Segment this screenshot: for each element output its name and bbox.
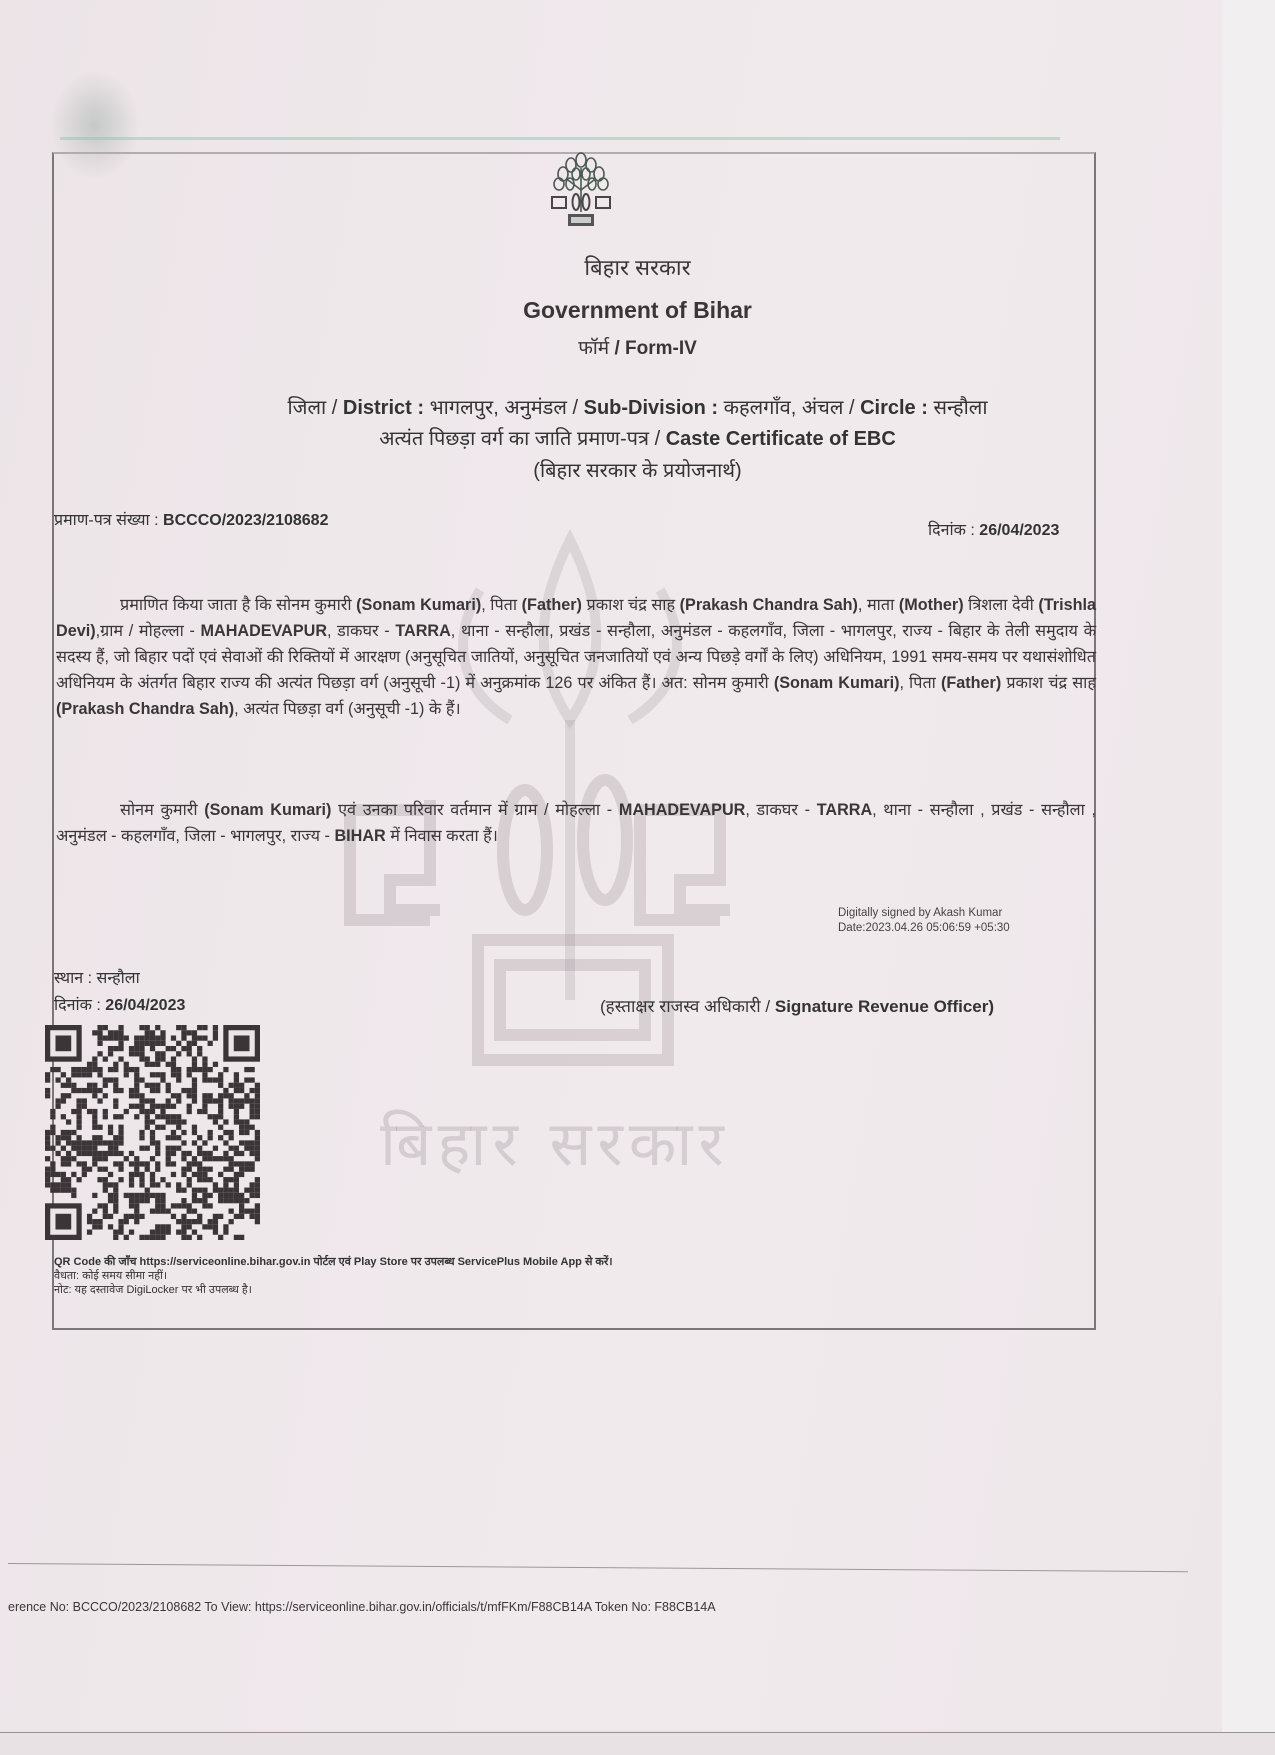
signature-officer-label: (हस्ताक्षर राजस्व अधिकारी / Signature Re… xyxy=(600,994,994,1017)
residence-paragraph: सोनम कुमारी (Sonam Kumari) एवं उनका परिव… xyxy=(56,797,1096,849)
state-name-english: Government of Bihar xyxy=(0,297,1275,324)
certificate-title-hindi: अत्यंत पिछड़ा वर्ग का जाति प्रमाण-पत्र xyxy=(379,428,649,450)
watermark-text: बिहार सरकार xyxy=(380,1100,730,1184)
certificate-purpose: (बिहार सरकार के प्रयोजनार्थ) xyxy=(0,456,1275,483)
digital-signature-block: Digitally signed by Akash Kumar Date:202… xyxy=(838,906,1010,936)
digital-signature-date: Date:2023.04.26 05:06:59 +05:30 xyxy=(838,921,1010,936)
subdivision-label-english: Sub-Division xyxy=(584,397,706,419)
certification-paragraph: प्रमाणित किया जाता है कि सोनम कुमारी (So… xyxy=(56,592,1096,722)
issue-date-line: दिनांक : 26/04/2023 xyxy=(54,993,185,1015)
officer-label-english: Signature Revenue Officer) xyxy=(775,997,994,1016)
circle-value: सन्हौला xyxy=(933,397,987,419)
bihar-emblem-icon xyxy=(536,150,626,232)
form-label-english: Form-IV xyxy=(625,338,697,359)
district-label-english: District xyxy=(343,397,412,419)
subdivision-value: कहलगाँव, xyxy=(724,397,797,419)
certificate-date-label: दिनांक : xyxy=(928,522,975,539)
officer-label-hindi: (हस्ताक्षर राजस्व अधिकारी xyxy=(600,997,761,1016)
certificate-number: प्रमाण-पत्र संख्या : BCCCO/2023/2108682 xyxy=(54,508,328,530)
certificate-date-value: 26/04/2023 xyxy=(979,522,1059,539)
bleed-line xyxy=(60,137,1060,140)
form-separator: / xyxy=(614,338,625,359)
reference-footer: erence No: BCCCO/2023/2108682 To View: h… xyxy=(8,1600,716,1614)
place-line: स्थान : सन्हौला xyxy=(54,966,140,988)
certificate-title: अत्यंत पिछड़ा वर्ग का जाति प्रमाण-पत्र /… xyxy=(0,424,1275,451)
district-value: भागलपुर, xyxy=(430,397,499,419)
verification-notes: QR Code की जाँच https://serviceonline.bi… xyxy=(54,1255,613,1297)
qr-code-icon[interactable] xyxy=(45,1025,260,1240)
scan-background-bottom xyxy=(0,1732,1275,1755)
form-title: फॉर्म / Form-IV xyxy=(0,334,1275,360)
circle-label-hindi: अंचल xyxy=(802,397,844,419)
digilocker-note: नोट: यह दस्तावेज DigiLocker पर भी उपलब्ध… xyxy=(54,1283,613,1297)
certificate-title-english: Caste Certificate of EBC xyxy=(666,428,896,450)
issue-date-value: 26/04/2023 xyxy=(105,997,185,1014)
qr-verification-note: QR Code की जाँच https://serviceonline.bi… xyxy=(54,1255,613,1269)
state-name-hindi: बिहार सरकार xyxy=(0,252,1275,282)
subdivision-label-hindi: अनुमंडल xyxy=(504,397,567,419)
jurisdiction-line: जिला / District : भागलपुर, अनुमंडल / Sub… xyxy=(0,393,1275,420)
issue-date-label: दिनांक : xyxy=(54,997,101,1014)
circle-label-english: Circle xyxy=(860,397,916,419)
form-label-hindi: फॉर्म xyxy=(578,338,609,359)
validity-note: वैधता: कोई समय सीमा नहीं। xyxy=(54,1269,613,1283)
place-label: स्थान : xyxy=(54,970,92,987)
certificate-number-value: BCCCO/2023/2108682 xyxy=(163,512,328,529)
district-label-hindi: जिला xyxy=(287,397,326,419)
certificate-number-label: प्रमाण-पत्र संख्या : xyxy=(54,512,159,529)
certificate-date: दिनांक : 26/04/2023 xyxy=(928,518,1059,540)
place-value: सन्हौला xyxy=(97,970,140,987)
digital-signature-signer: Digitally signed by Akash Kumar xyxy=(838,906,1010,921)
